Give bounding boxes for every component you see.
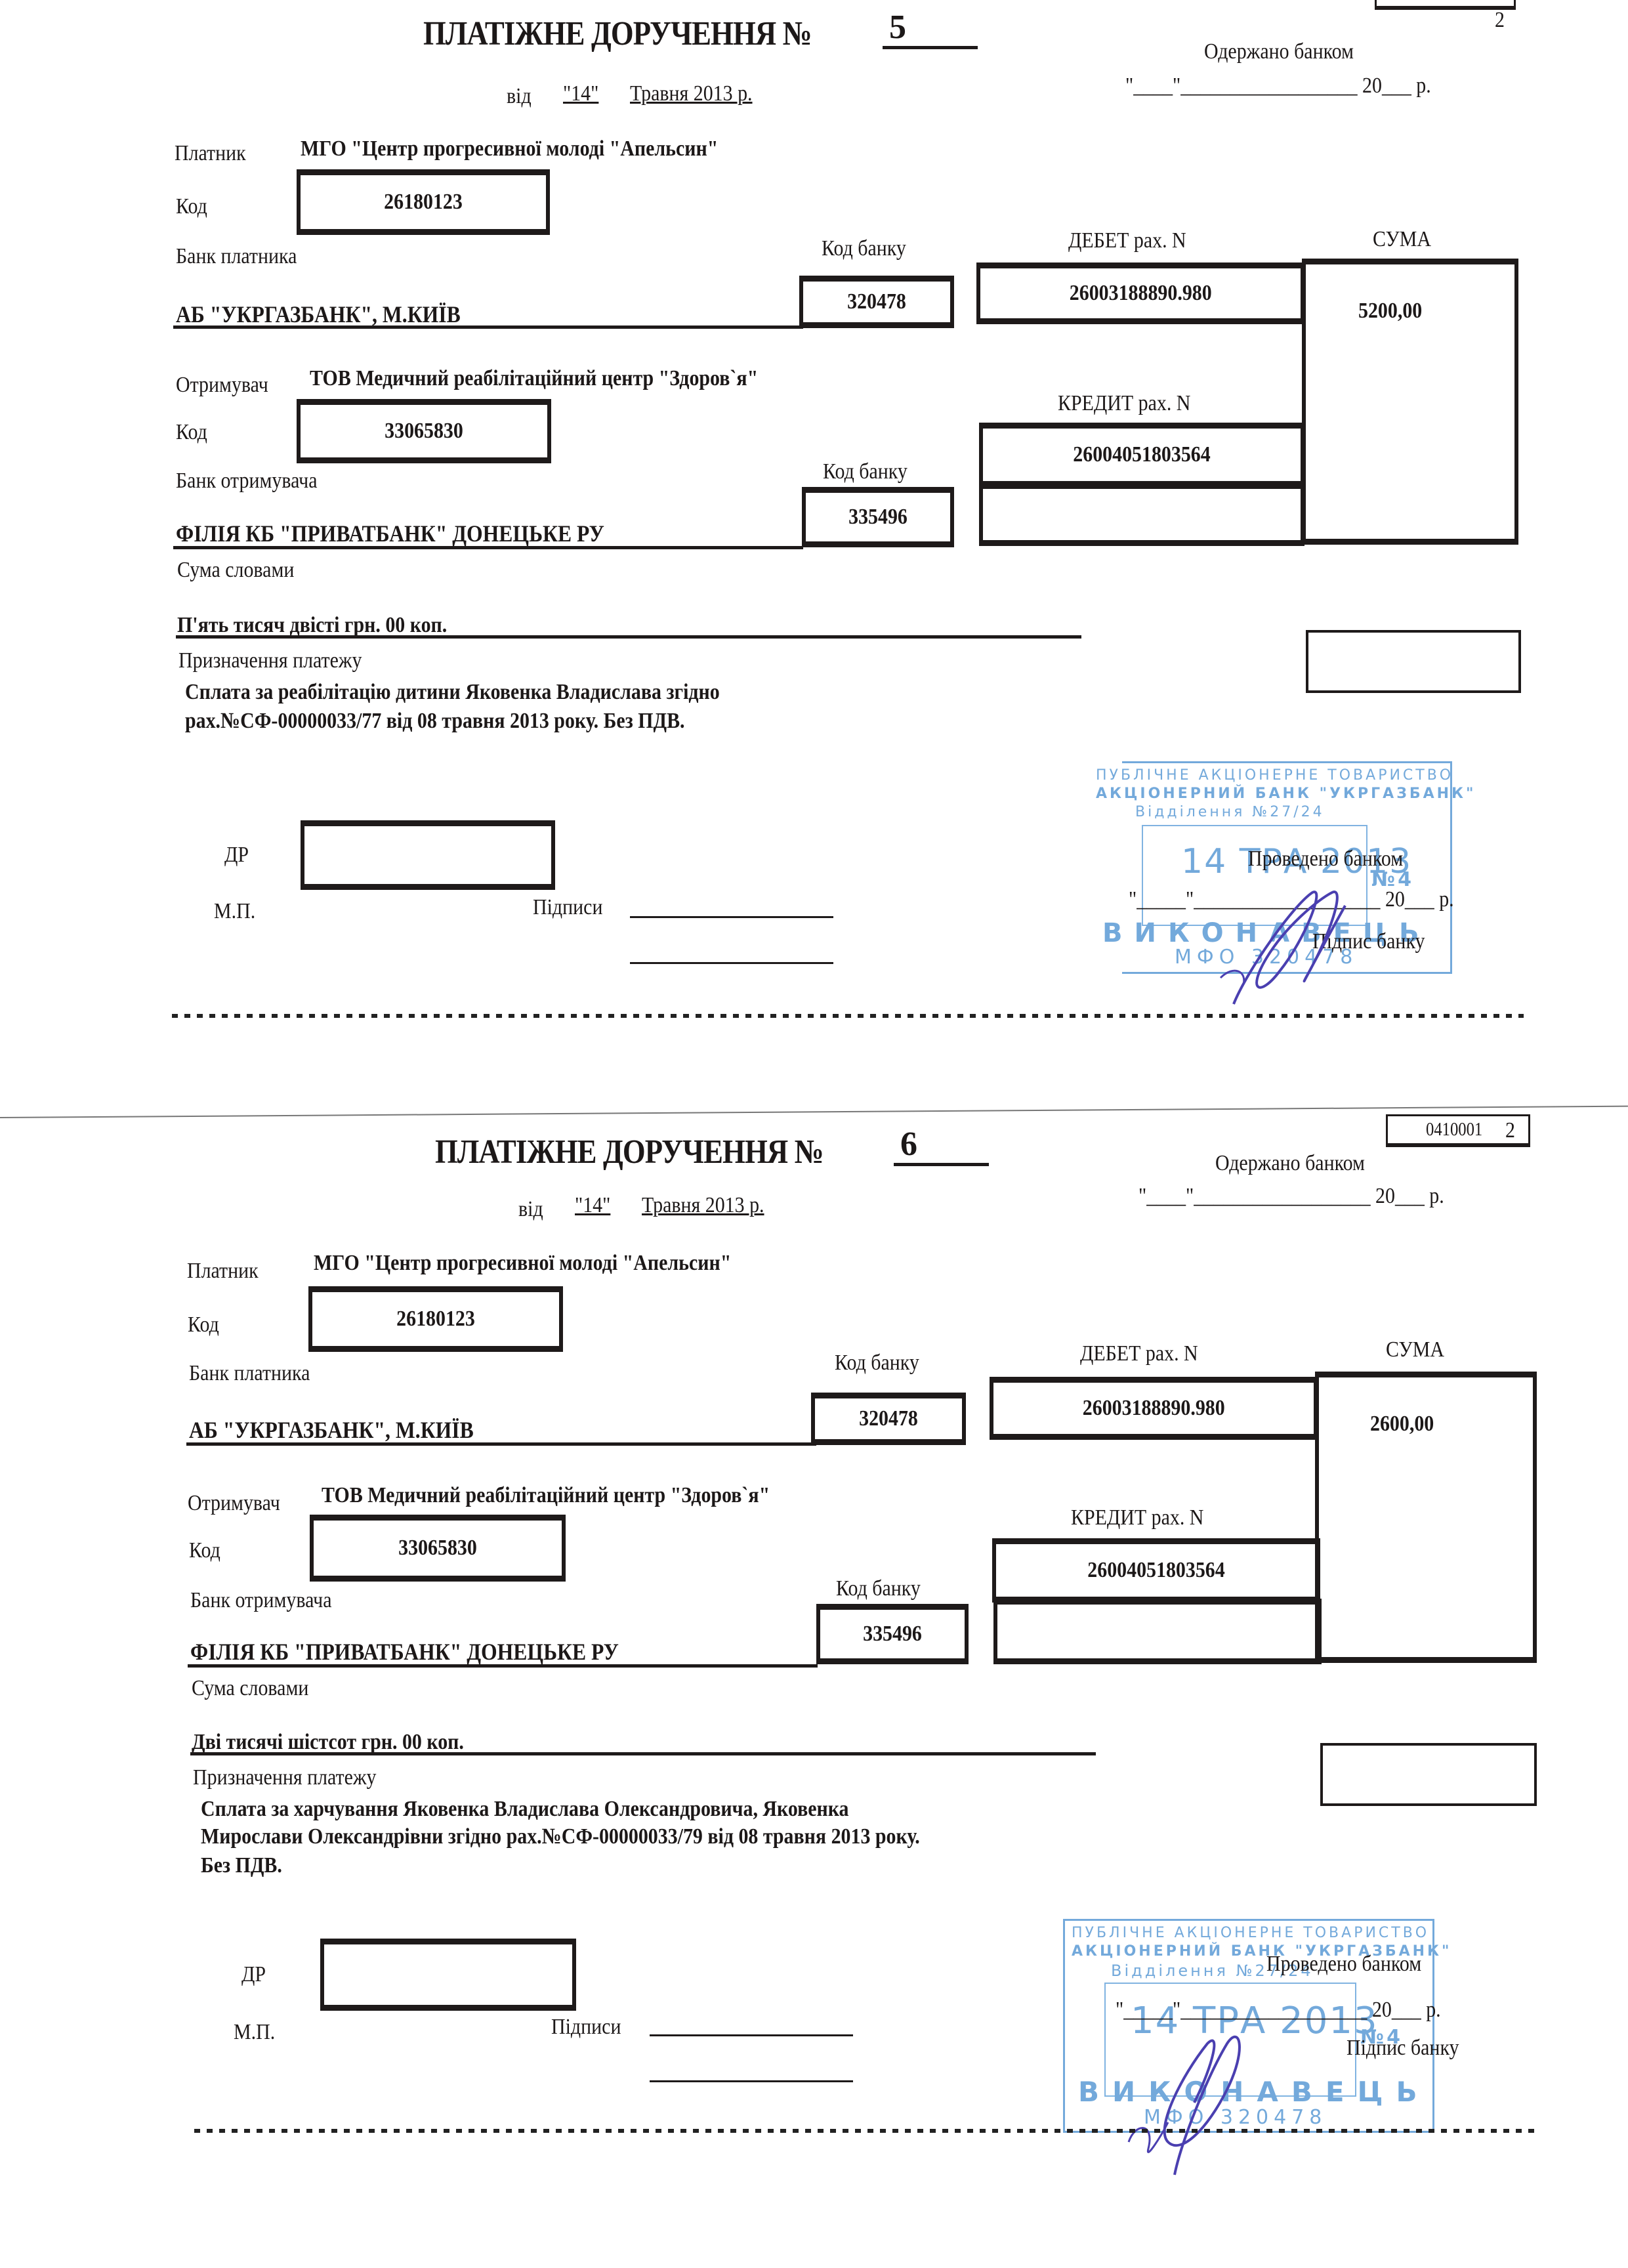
- amount-words-underline: [190, 1752, 1096, 1755]
- recipient-code-box: 33065830: [310, 1515, 566, 1582]
- signature-line-2: [630, 962, 833, 964]
- stamp-executor: ВИКОНАВЕЦЬ: [1078, 2076, 1430, 2108]
- recipient-bank-label: Банк отримувача: [190, 1588, 332, 1613]
- payer-bank-code-box: 320478: [811, 1393, 966, 1445]
- mp-label: М.П.: [214, 899, 255, 924]
- processed-date-blank: "_____"___________________ 20___ р.: [1116, 1998, 1441, 2023]
- purpose-line-1: Сплата за реабілітацію дитини Яковенка В…: [185, 680, 720, 705]
- dr-box: [320, 1939, 576, 2011]
- payment-order-1: 2 ПЛАТІЖНЕ ДОРУЧЕННЯ № 5 Одержано банком…: [0, 0, 1628, 1116]
- recipient-label: Отримувач: [176, 373, 268, 398]
- recipient-bank-name: ФІЛІЯ КБ "ПРИВАТБАНК" ДОНЕЦЬКЕ РУ: [176, 520, 604, 547]
- recipient-bank-underline: [188, 1664, 818, 1668]
- credit-label: КРЕДИТ рах. N: [1071, 1505, 1203, 1530]
- order-number: 5: [889, 8, 906, 47]
- bank-signature-label: Підпис банку: [1346, 2036, 1459, 2061]
- stamp-mfo: МФО 320478: [1144, 2106, 1327, 2129]
- payer-name: МГО "Центр прогресивної молоді "Апельсин…: [301, 136, 718, 161]
- payer-bank-label: Банк платника: [176, 244, 297, 269]
- recipient-bank-name: ФІЛІЯ КБ "ПРИВАТБАНК" ДОНЕЦЬКЕ РУ: [190, 1638, 619, 1666]
- credit-account-box: 26004051803564: [979, 423, 1304, 487]
- credit-extra-box: [993, 1599, 1322, 1664]
- recipient-bank-code: 335496: [848, 505, 908, 530]
- signatures-label: Підписи: [533, 895, 602, 920]
- payer-bank-code-box: 320478: [799, 276, 954, 328]
- received-date-blank: "____"__________________ 20___ р.: [1125, 73, 1431, 98]
- processed-by-bank-label: Проведено банком: [1248, 847, 1403, 871]
- amount-words-label: Сума словами: [177, 558, 294, 583]
- payer-label: Платник: [175, 141, 246, 166]
- dr-code-box-small: [1306, 630, 1521, 693]
- cut-line-1: [172, 1014, 1524, 1018]
- credit-extra-box: [979, 483, 1304, 546]
- payer-bank-code-label: Код банку: [835, 1351, 919, 1375]
- payer-code-label: Код: [188, 1312, 219, 1337]
- recipient-code: 33065830: [385, 419, 463, 444]
- processed-date-blank: "_____"___________________ 20___ р.: [1129, 887, 1454, 912]
- amount-label: СУМА: [1373, 227, 1431, 252]
- date-prefix: від: [518, 1197, 543, 1222]
- payer-name: МГО "Центр прогресивної молоді "Апельсин…: [314, 1251, 731, 1276]
- payer-code: 26180123: [396, 1307, 475, 1332]
- recipient-bank-code-label: Код банку: [823, 459, 908, 484]
- credit-account-box: 26004051803564: [992, 1538, 1320, 1603]
- dr-label: ДР: [241, 1962, 266, 1987]
- purpose-line-2: Мирослави Олександрівни згідно рах.№СФ-0…: [201, 1824, 920, 1849]
- order-number: 6: [900, 1125, 917, 1164]
- purpose-label: Призначення платежу: [178, 648, 362, 673]
- order-date-month-year: Травня 2013 р.: [630, 81, 753, 106]
- debit-account-box: 26003188890.980: [990, 1377, 1318, 1440]
- payer-bank-underline: [173, 325, 803, 329]
- payer-bank-code: 320478: [847, 289, 906, 314]
- received-date-blank: "____"__________________ 20___ р.: [1138, 1184, 1444, 1209]
- purpose-line-3: Без ПДВ.: [201, 1853, 282, 1878]
- purpose-line-2: рах.№СФ-00000033/77 від 08 травня 2013 р…: [185, 709, 685, 734]
- amount-words-label: Сума словами: [192, 1676, 308, 1701]
- order-number-underline: [883, 46, 978, 49]
- payer-code-box: 26180123: [297, 169, 550, 235]
- stamp-line-1: ПУБЛІЧНЕ АКЦІОНЕРНЕ ТОВАРИСТВО: [1072, 1925, 1429, 1941]
- received-by-bank-label: Одержано банком: [1215, 1151, 1365, 1176]
- payer-bank-code: 320478: [859, 1406, 918, 1431]
- order-number-underline: [894, 1163, 989, 1166]
- bank-stamp: ПУБЛІЧНЕ АКЦІОНЕРНЕ ТОВАРИСТВО АКЦІОНЕРН…: [1063, 1919, 1434, 2133]
- credit-account: 26004051803564: [1073, 442, 1210, 467]
- dr-label: ДР: [224, 843, 249, 868]
- amount-value: 5200,00: [1358, 299, 1422, 324]
- amount-in-words: П'ять тисяч двісті грн. 00 коп.: [177, 613, 447, 638]
- copy-number: 2: [1505, 1118, 1515, 1143]
- cut-line-2: [194, 2129, 1539, 2133]
- recipient-code: 33065830: [398, 1536, 477, 1561]
- amount-label: СУМА: [1386, 1337, 1444, 1362]
- recipient-code-label: Код: [189, 1538, 220, 1563]
- order-title: ПЛАТІЖНЕ ДОРУЧЕННЯ №: [435, 1133, 824, 1171]
- payer-bank-underline: [186, 1442, 816, 1446]
- recipient-code-box: 33065830: [297, 399, 551, 463]
- amount-box: 2600,00: [1315, 1372, 1537, 1663]
- date-prefix: від: [507, 84, 532, 109]
- recipient-bank-underline: [173, 546, 803, 549]
- copy-number: 2: [1495, 8, 1505, 33]
- order-date-day: "14": [563, 81, 598, 106]
- amount-box: 5200,00: [1302, 259, 1518, 545]
- bank-signature-label: Підпис банку: [1312, 929, 1425, 954]
- amount-in-words: Дві тисячі шістсот грн. 00 коп.: [192, 1730, 464, 1755]
- signature-line-2: [650, 2080, 853, 2082]
- received-by-bank-label: Одержано банком: [1204, 39, 1354, 64]
- amount-value: 2600,00: [1370, 1412, 1434, 1437]
- stamp-line-3: Відділення №27/24: [1135, 804, 1325, 820]
- recipient-label: Отримувач: [188, 1491, 280, 1516]
- dr-box: [301, 820, 555, 890]
- form-code: 0410001: [1426, 1120, 1482, 1141]
- payer-bank-code-label: Код банку: [822, 236, 906, 261]
- order-date-day: "14": [575, 1193, 610, 1218]
- payer-code: 26180123: [384, 190, 463, 215]
- recipient-bank-code-box: 335496: [802, 487, 954, 547]
- payer-bank-name: АБ "УКРГАЗБАНК", М.КИЇВ: [176, 301, 461, 328]
- payer-bank-name: АБ "УКРГАЗБАНК", М.КИЇВ: [189, 1416, 474, 1444]
- stamp-line-2: АКЦІОНЕРНИЙ БАНК "УКРГАЗБАНК": [1096, 786, 1476, 802]
- recipient-name: ТОВ Медичний реабілітаційний центр "Здор…: [322, 1483, 770, 1508]
- recipient-bank-code-label: Код банку: [836, 1576, 921, 1601]
- recipient-code-label: Код: [176, 420, 207, 445]
- signatures-label: Підписи: [551, 2015, 621, 2040]
- signature-line-1: [650, 2034, 853, 2036]
- processed-by-bank-label: Проведено банком: [1266, 1952, 1421, 1977]
- debit-account: 26003188890.980: [1083, 1396, 1225, 1421]
- mp-label: М.П.: [234, 2020, 275, 2045]
- debit-label: ДЕБЕТ рах. N: [1080, 1341, 1198, 1366]
- stamp-line-1: ПУБЛІЧНЕ АКЦІОНЕРНЕ ТОВАРИСТВО: [1096, 767, 1453, 784]
- amount-words-underline: [176, 635, 1081, 639]
- recipient-bank-code-box: 335496: [816, 1604, 969, 1664]
- recipient-bank-code: 335496: [863, 1622, 922, 1647]
- credit-label: КРЕДИТ рах. N: [1058, 391, 1190, 416]
- recipient-name: ТОВ Медичний реабілітаційний центр "Здор…: [310, 366, 758, 391]
- payment-order-2: 0410001 2 ПЛАТІЖНЕ ДОРУЧЕННЯ № 6 Одержан…: [0, 1118, 1628, 2234]
- order-title: ПЛАТІЖНЕ ДОРУЧЕННЯ №: [423, 14, 812, 53]
- order-date-month-year: Травня 2013 р.: [642, 1193, 764, 1218]
- purpose-line-1: Сплата за харчування Яковенка Владислава…: [201, 1797, 849, 1822]
- dr-code-box-small: [1320, 1743, 1537, 1806]
- debit-account: 26003188890.980: [1070, 281, 1212, 306]
- signature-line-1: [630, 916, 833, 918]
- debit-account-box: 26003188890.980: [976, 262, 1304, 324]
- debit-label: ДЕБЕТ рах. N: [1068, 228, 1186, 253]
- payer-label: Платник: [187, 1259, 259, 1284]
- credit-account: 26004051803564: [1087, 1558, 1224, 1583]
- purpose-label: Призначення платежу: [193, 1765, 377, 1790]
- payer-bank-label: Банк платника: [189, 1361, 310, 1386]
- payer-code-box: 26180123: [308, 1286, 563, 1352]
- recipient-bank-label: Банк отримувача: [176, 469, 318, 493]
- payer-code-label: Код: [176, 194, 207, 219]
